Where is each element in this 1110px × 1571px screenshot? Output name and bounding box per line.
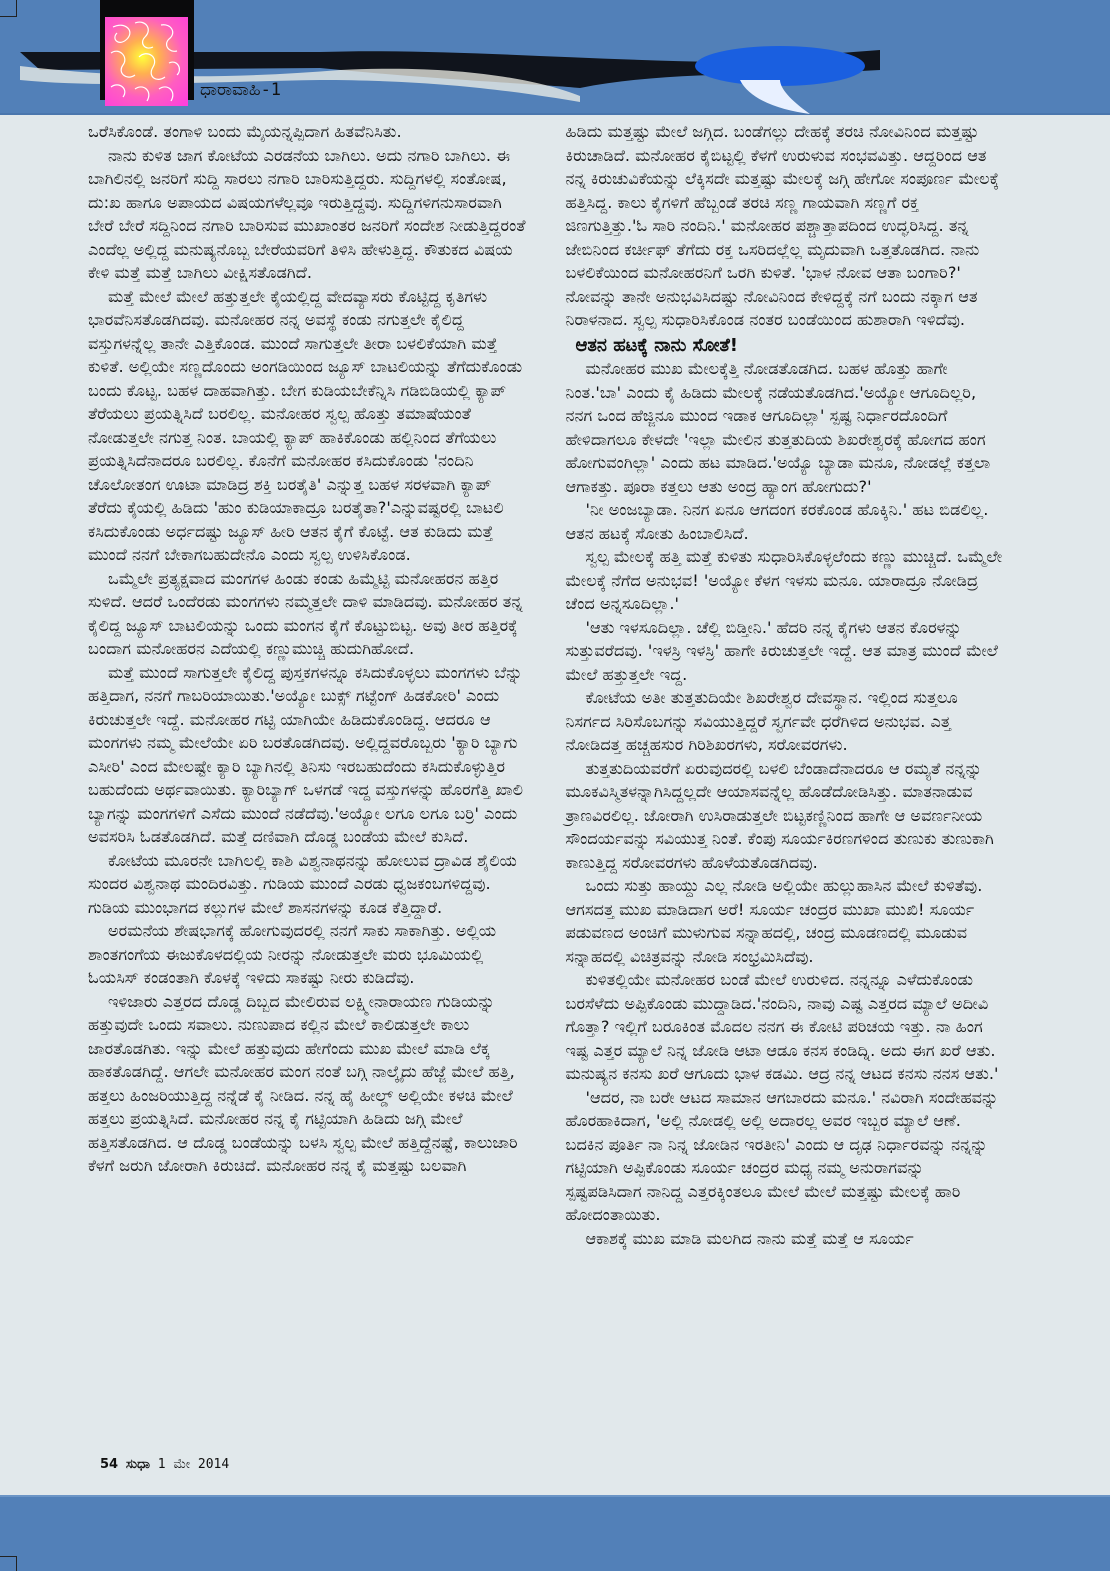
paragraph: ಆಕಾಶಕ್ಕೆ ಮುಖ ಮಾಡಿ ಮಲಗಿದ ನಾನು ಮತ್ತೆ ಮತ್ತೆ…: [566, 1227, 1004, 1251]
issue-date: 1 ಮೇ 2014: [158, 1457, 229, 1472]
paragraph: ತುತ್ತತುದಿಯವರೆಗೆ ಏರುವುದರಲ್ಲಿ ಬಳಲಿ ಬೆಂಡಾದೆ…: [566, 757, 1004, 875]
paragraph: ಹಿಡಿದು ಮತ್ತಷ್ಟು ಮೇಲೆ ಜಗ್ಗಿದ. ಬಂಡೆಗಲ್ಲು ದ…: [566, 120, 1004, 332]
magazine-name: ಸುಧಾ: [126, 1457, 150, 1472]
paragraph: ಮತ್ತೆ ಮೇಲೆ ಮೇಲೆ ಹತ್ತುತ್ತಲೇ ಕೈಯಲ್ಲಿದ್ದ ವೇ…: [88, 285, 526, 567]
paragraph: ಕೋಟೆಯ ಮೂರನೇ ಬಾಗಿಲಲ್ಲಿ ಕಾಶಿ ವಿಶ್ವನಾಥನನ್ನು…: [88, 849, 526, 920]
paragraph: 'ಆದರ, ನಾ ಬರೇ ಆಟದ ಸಾಮಾನ ಆಗಬಾರದು ಮನೂ.' ನವಿ…: [566, 1086, 1004, 1227]
page-folio: 54 ಸುಧಾ 1 ಮೇ 2014: [100, 1457, 229, 1472]
paragraph: ಮನೋಹರ ಮುಖ ಮೇಲಕ್ಕೆತ್ತಿ ನೋಡತೊಡಗಿದ. ಬಹಳ ಹೊತ…: [566, 357, 1004, 498]
paragraph: 'ನೀ ಅಂಜಬ್ಯಾಡಾ. ನಿನಗ ಏನೂ ಆಗದಂಗ ಕರಕೊಂಡ ಹೊಕ…: [566, 498, 1004, 545]
page-number: 54: [100, 1457, 118, 1472]
paragraph: ನಾನು ಕುಳಿತ ಜಾಗ ಕೋಟೆಯ ಎರಡನೆಯ ಬಾಗಿಲು. ಅದು …: [88, 144, 526, 285]
crop-mark: [0, 1556, 17, 1571]
paragraph: ಕೋಟೆಯ ಅತೀ ತುತ್ತತುದಿಯೇ ಶಿಖರೇಶ್ವರ ದೇವಸ್ಥಾನ…: [566, 686, 1004, 757]
paragraph: 'ಆತು ಇಳಸೂದಿಲ್ಲಾ. ಚೆಲ್ಲಿ ಬಿಡ್ತೀನಿ.' ಹೆದರಿ…: [566, 616, 1004, 687]
paragraph: ಒಮ್ಮೆಲೇ ಪ್ರತ್ಯಕ್ಷವಾದ ಮಂಗಗಳ ಹಿಂಡು ಕಂಡು ಹಿ…: [88, 567, 526, 661]
paragraph: ಸ್ವಲ್ಪ ಮೇಲಕ್ಕೆ ಹತ್ತಿ ಮತ್ತೆ ಕುಳಿತು ಸುಧಾರಿ…: [566, 545, 1004, 616]
right-column: ಹಿಡಿದು ಮತ್ತಷ್ಟು ಮೇಲೆ ಜಗ್ಗಿದ. ಬಂಡೆಗಲ್ಲು ದ…: [566, 120, 1004, 1250]
paragraph: ಒಂದು ಸುತ್ತು ಹಾಯ್ದು ಎಲ್ಲ ನೋಡಿ ಅಲ್ಲಿಯೇ ಹುಲ…: [566, 874, 1004, 968]
paragraph: ಮತ್ತೆ ಮುಂದೆ ಸಾಗುತ್ತಲೇ ಕೈಲಿದ್ದ ಪುಸ್ತಕಗಳನ್…: [88, 661, 526, 849]
paragraph: ಒರೆಸಿಕೊಂಡೆ. ತಂಗಾಳಿ ಬಂದು ಮೈಯನ್ನಪ್ಪಿದಾಗ ಹಿ…: [88, 120, 526, 144]
left-column: ಒರೆಸಿಕೊಂಡೆ. ತಂಗಾಳಿ ಬಂದು ಮೈಯನ್ನಪ್ಪಿದಾಗ ಹಿ…: [88, 120, 526, 1250]
header-banner: ಧಾರಾವಾಹಿ-1: [0, 0, 1110, 115]
article-body: ಒರೆಸಿಕೊಂಡೆ. ತಂಗಾಳಿ ಬಂದು ಮೈಯನ್ನಪ್ಪಿದಾಗ ಹಿ…: [88, 120, 1003, 1250]
footer-banner: [0, 1495, 1110, 1571]
swirl-logo-icon: [105, 17, 188, 106]
section-subheading: ಆತನ ಹಟಕ್ಕೆ ನಾನು ಸೋತೆ!: [576, 334, 1004, 358]
paragraph: ಕುಳಿತಲ್ಲಿಯೇ ಮನೋಹರ ಬಂಡೆ ಮೇಲೆ ಉರುಳಿದ. ನನ್ನ…: [566, 968, 1004, 1086]
paragraph: ಇಳಿಜಾರು ಎತ್ತರದ ದೊಡ್ಡ ದಿಬ್ಬದ ಮೇಲಿರುವ ಲಕ್ಷ…: [88, 990, 526, 1178]
crop-mark: [0, 0, 17, 17]
series-label: ಧಾರಾವಾಹಿ-1: [200, 80, 281, 100]
paragraph: ಅರಮನೆಯ ಶೇಷಭಾಗಕ್ಕೆ ಹೋಗುವುದರಲ್ಲಿ ನನಗೆ ಸಾಕು…: [88, 919, 526, 990]
